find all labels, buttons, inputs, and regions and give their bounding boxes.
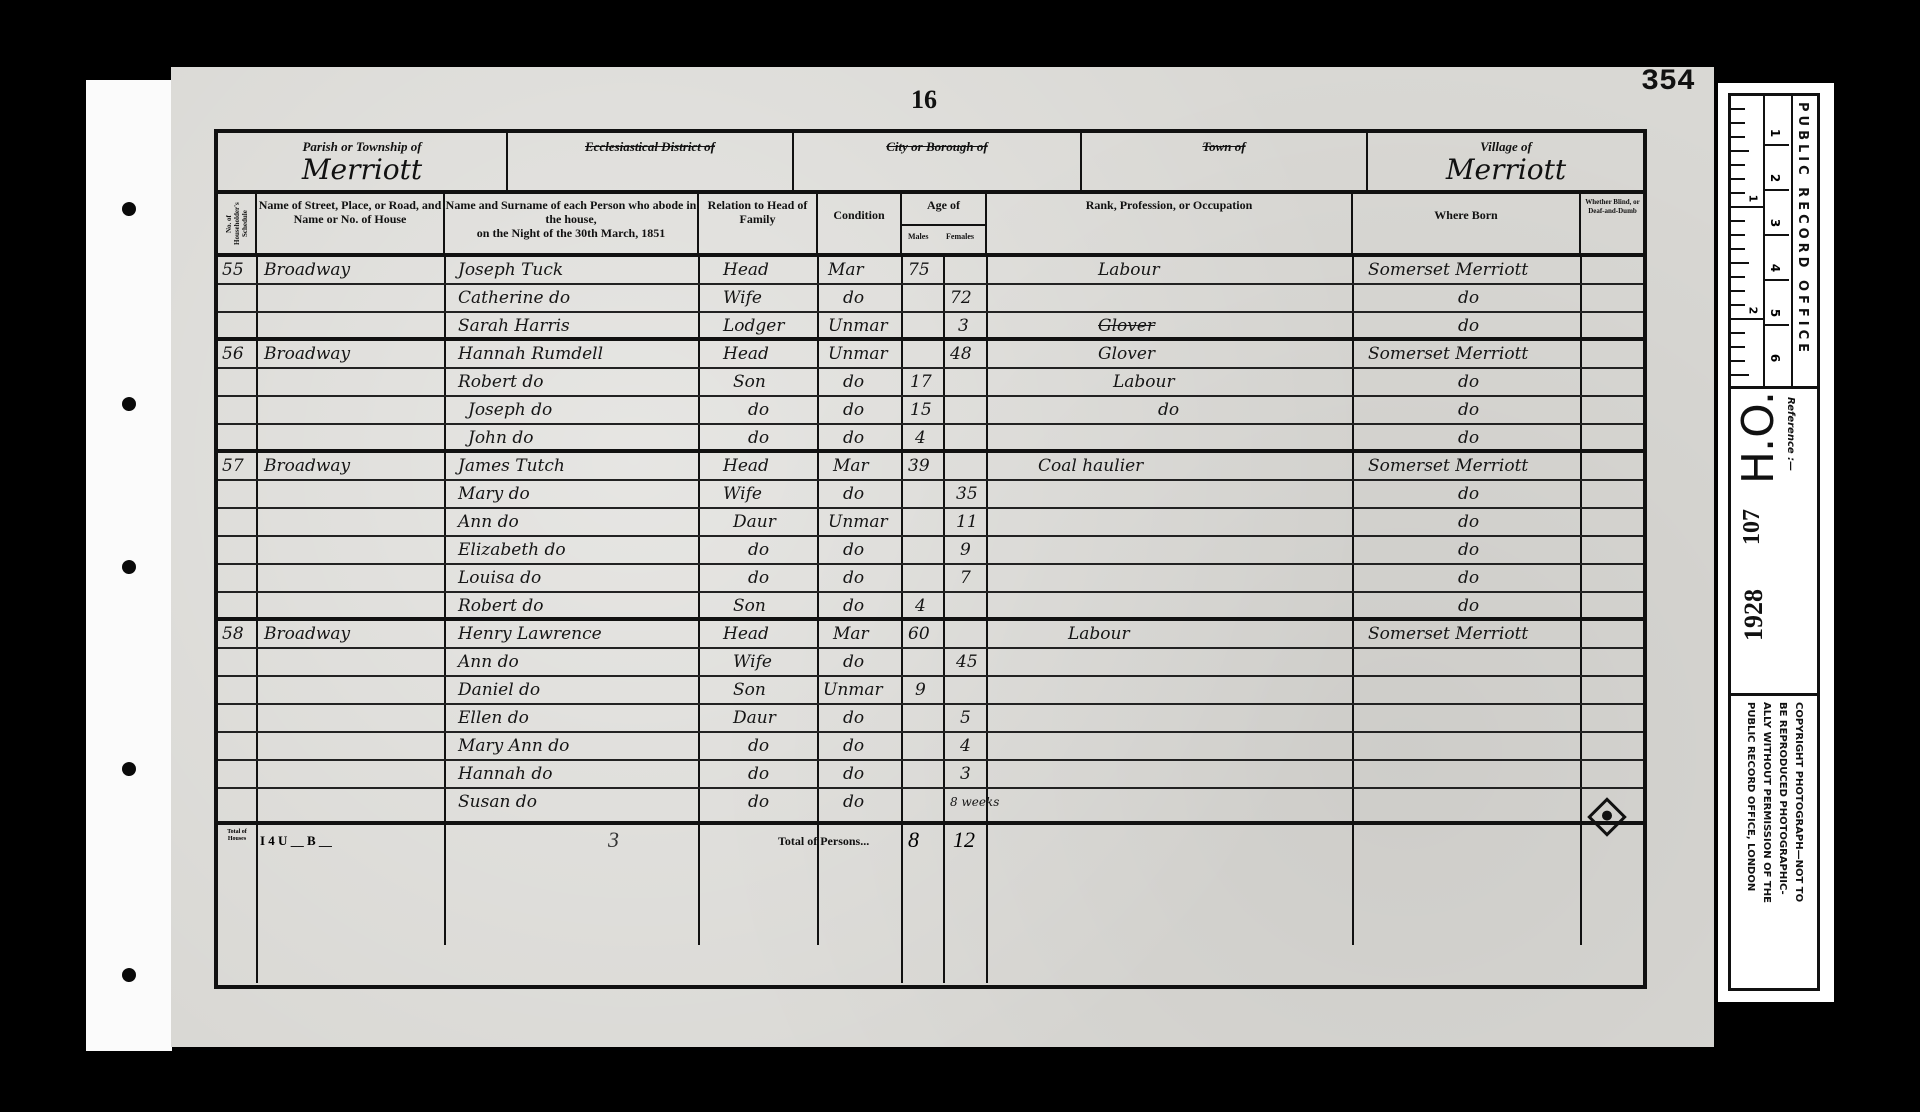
where-born: Somerset Merriott — [1368, 341, 1528, 367]
condition: do — [843, 733, 864, 759]
person-name: James Tutch — [458, 453, 565, 479]
relation: Wife — [723, 285, 762, 311]
relation: do — [748, 425, 769, 449]
schedule-number: 56 — [222, 341, 244, 367]
where-born: do — [1458, 481, 1479, 507]
age-female: 11 — [956, 509, 978, 535]
table-row: Ellen do Daur do 5 — [218, 705, 1643, 733]
condition: do — [843, 593, 864, 617]
col-age-females: Females — [946, 230, 974, 244]
where-born: do — [1458, 537, 1479, 563]
table-row: 56 Broadway Hannah Rumdell Head Unmar 48… — [218, 341, 1643, 369]
relation: Son — [733, 369, 766, 395]
punch-hole — [122, 202, 136, 216]
condition: do — [843, 789, 864, 817]
condition: do — [843, 761, 864, 787]
person-name: Joseph Tuck — [458, 257, 563, 283]
binding-margin — [86, 80, 172, 1051]
table-row: Sarah Harris Lodger Unmar 3 Glover do — [218, 313, 1643, 341]
col-name: Name and Surname of each Person who abod… — [445, 194, 699, 253]
person-name: Susan do — [458, 789, 537, 817]
ecclesiastical-cell: Ecclesiastical District of — [508, 133, 794, 190]
person-name: Joseph do — [468, 397, 552, 423]
occupation: Labour — [1098, 257, 1160, 283]
table-row: Ann do Daur Unmar 11 do — [218, 509, 1643, 537]
table-row: Louisa do do do 7 do — [218, 565, 1643, 593]
condition: Unmar — [823, 677, 883, 703]
where-born: do — [1458, 369, 1479, 395]
condition: do — [843, 705, 864, 731]
reference-piece: 107 — [1739, 509, 1766, 545]
age-female: 4 — [960, 733, 971, 759]
person-name: Sarah Harris — [458, 313, 570, 337]
village-value: Merriott — [1368, 153, 1644, 186]
relation: Daur — [733, 509, 776, 535]
relation: do — [748, 397, 769, 423]
person-name: Robert do — [458, 369, 543, 395]
where-born: do — [1458, 565, 1479, 591]
col-age: Age of Males Females — [902, 194, 987, 253]
age-female: 5 — [960, 705, 971, 731]
relation: Head — [723, 341, 769, 367]
table-row: 57 Broadway James Tutch Head Mar 39 Coal… — [218, 453, 1643, 481]
age-female: 35 — [956, 481, 978, 507]
record-office-label: 1 2 1 2 3 4 5 6 PUBLIC RECORD OFFICE Ref… — [1718, 83, 1834, 1002]
condition: do — [843, 481, 864, 507]
table-row: Daniel do Son Unmar 9 — [218, 677, 1643, 705]
person-name: Mary Ann do — [458, 733, 569, 759]
where-born: Somerset Merriott — [1368, 453, 1528, 479]
person-name: Ann do — [458, 509, 519, 535]
condition: Mar — [833, 621, 869, 647]
where-born: do — [1458, 593, 1479, 617]
schedule-number: 58 — [222, 621, 244, 647]
age-male: 4 — [915, 593, 926, 617]
relation: do — [748, 537, 769, 563]
relation: Head — [723, 621, 769, 647]
condition: do — [843, 649, 864, 675]
age-male: 15 — [910, 397, 932, 423]
relation: do — [748, 565, 769, 591]
where-born: Somerset Merriott — [1368, 257, 1528, 283]
where-born: Somerset Merriott — [1368, 621, 1528, 647]
age-male: 4 — [915, 425, 926, 449]
condition: do — [843, 369, 864, 395]
village-cell: Village of Merriott — [1368, 133, 1644, 190]
person-name: Ann do — [458, 649, 519, 675]
where-born: do — [1458, 313, 1479, 337]
person-name: Catherine do — [458, 285, 570, 311]
col-where-born: Where Born — [1353, 194, 1581, 253]
schedules-total: 3 — [608, 827, 619, 853]
town-cell: Town of — [1082, 133, 1368, 190]
person-name: Elizabeth do — [458, 537, 566, 563]
age-female: 72 — [950, 285, 972, 311]
relation: Wife — [723, 481, 762, 507]
age-female: 9 — [960, 537, 971, 563]
town-label: Town of — [1082, 139, 1366, 155]
punch-hole — [122, 762, 136, 776]
relation: Head — [723, 257, 769, 283]
table-row: John do do do 4 do — [218, 425, 1643, 453]
age-male: 39 — [908, 453, 930, 479]
occupation: Glover — [1098, 313, 1155, 337]
age-male: 9 — [915, 677, 926, 703]
ecclesiastical-label: Ecclesiastical District of — [508, 139, 792, 155]
table-row: Mary Ann do do do 4 — [218, 733, 1643, 761]
condition: Mar — [833, 453, 869, 479]
table-row: Robert do Son do 4 do — [218, 593, 1643, 621]
street-name: Broadway — [264, 257, 350, 283]
total-males: 8 — [908, 827, 919, 853]
person-name: Robert do — [458, 593, 543, 617]
relation: Wife — [733, 649, 772, 675]
table-row: Elizabeth do do do 9 do — [218, 537, 1643, 565]
schedule-number: 57 — [222, 453, 244, 479]
scale-ruler: 1 2 — [1731, 96, 1765, 386]
table-row: Susan do do do 8 weeks — [218, 789, 1643, 817]
houses-tally: I 4 U __ B __ — [260, 833, 332, 849]
table-row: Joseph do do do 15 do do — [218, 397, 1643, 425]
age-male: 60 — [908, 621, 930, 647]
col-schedule: No. of Householder's Schedule — [218, 194, 257, 253]
where-born: do — [1458, 397, 1479, 423]
person-name: Hannah do — [458, 761, 552, 787]
col-blind-deaf: Whether Blind, or Deaf-and-Dumb — [1581, 194, 1644, 253]
col-relation: Relation to Head of Family — [699, 194, 818, 253]
age-female: 8 weeks — [950, 789, 999, 817]
table-row: Hannah do do do 3 — [218, 761, 1643, 789]
where-born: do — [1458, 285, 1479, 311]
col-street: Name of Street, Place, or Road, and Name… — [257, 194, 445, 253]
col-occupation: Rank, Profession, or Occupation — [987, 194, 1353, 253]
condition: do — [843, 425, 864, 449]
scale-numbers: 1 2 3 4 5 6 — [1763, 96, 1793, 386]
relation: Son — [733, 677, 766, 703]
parish-value: Merriott — [218, 153, 506, 186]
age-female: 48 — [950, 341, 972, 367]
reference-label: Reference :— — [1785, 397, 1796, 471]
office-name: PUBLIC RECORD OFFICE — [1795, 102, 1810, 356]
condition: Unmar — [828, 341, 888, 367]
census-table: Parish or Township of Merriott Ecclesias… — [214, 129, 1647, 989]
reference-number: 1928 — [1739, 589, 1769, 641]
table-row: Mary do Wife do 35 do — [218, 481, 1643, 509]
age-female: 3 — [960, 761, 971, 787]
street-name: Broadway — [264, 621, 350, 647]
person-name: Louisa do — [458, 565, 541, 591]
total-females: 12 — [953, 827, 975, 853]
relation: Lodger — [723, 313, 784, 337]
age-female: 45 — [956, 649, 978, 675]
col-age-males: Males — [908, 230, 928, 244]
reference-series: H.O. — [1733, 391, 1784, 484]
person-name: Mary do — [458, 481, 530, 507]
condition: do — [843, 285, 864, 311]
folio-number: 354 — [1641, 65, 1695, 99]
condition: do — [843, 397, 864, 423]
condition: Unmar — [828, 313, 888, 337]
city-cell: City or Borough of — [794, 133, 1082, 190]
street-name: Broadway — [264, 341, 350, 367]
condition: do — [843, 565, 864, 591]
age-female: 7 — [960, 565, 971, 591]
column-header: No. of Householder's Schedule Name of St… — [218, 194, 1643, 257]
where-born: do — [1458, 425, 1479, 449]
age-male: 75 — [908, 257, 930, 283]
relation: Son — [733, 593, 766, 617]
person-name: Hannah Rumdell — [458, 341, 603, 367]
table-row: Ann do Wife do 45 — [218, 649, 1643, 677]
table-row: 58 Broadway Henry Lawrence Head Mar 60 L… — [218, 621, 1643, 649]
census-page: 16 354 Parish or Township of Merriott Ec… — [171, 67, 1714, 1047]
condition: Mar — [828, 257, 864, 283]
where-born: do — [1458, 509, 1479, 535]
occupation: Labour — [1113, 369, 1175, 395]
table-row: Robert do Son do 17 Labour do — [218, 369, 1643, 397]
age-male: 17 — [910, 369, 932, 395]
page-number: 16 — [911, 85, 937, 115]
punch-hole — [122, 968, 136, 982]
person-name: Ellen do — [458, 705, 529, 731]
person-name: John do — [468, 425, 533, 449]
condition: Unmar — [828, 509, 888, 535]
street-name: Broadway — [264, 453, 350, 479]
relation: do — [748, 789, 769, 817]
occupation: Glover — [1098, 341, 1155, 367]
age-female: 3 — [958, 313, 969, 337]
schedule-number: 55 — [222, 257, 244, 283]
table-row: Catherine do Wife do 72 do — [218, 285, 1643, 313]
relation: Daur — [733, 705, 776, 731]
person-name: Henry Lawrence — [458, 621, 602, 647]
condition: do — [843, 537, 864, 563]
relation: Head — [723, 453, 769, 479]
table-row: 55 Broadway Joseph Tuck Head Mar 75 Labo… — [218, 257, 1643, 285]
col-condition: Condition — [818, 194, 902, 253]
punch-hole — [122, 560, 136, 574]
occupation: Labour — [1068, 621, 1130, 647]
copyright-notice: COPYRIGHT PHOTOGRAPH—NOT TO BE REPRODUCE… — [1731, 696, 1817, 988]
persons-label: Total of Persons... — [778, 834, 869, 849]
relation: do — [748, 733, 769, 759]
reference-box: Reference :— H.O. 107 1928 — [1731, 386, 1817, 696]
punch-hole — [122, 397, 136, 411]
person-name: Daniel do — [458, 677, 540, 703]
relation: do — [748, 761, 769, 787]
totals-row: Total of Houses I 4 U __ B __ 3 Total of… — [218, 821, 1643, 857]
houses-label: Total of Houses — [222, 829, 252, 843]
occupation: Coal haulier — [1038, 453, 1143, 479]
occupation: do — [1158, 397, 1179, 423]
parish-cell: Parish or Township of Merriott — [218, 133, 508, 190]
location-header: Parish or Township of Merriott Ecclesias… — [218, 133, 1643, 194]
city-label: City or Borough of — [794, 139, 1080, 155]
